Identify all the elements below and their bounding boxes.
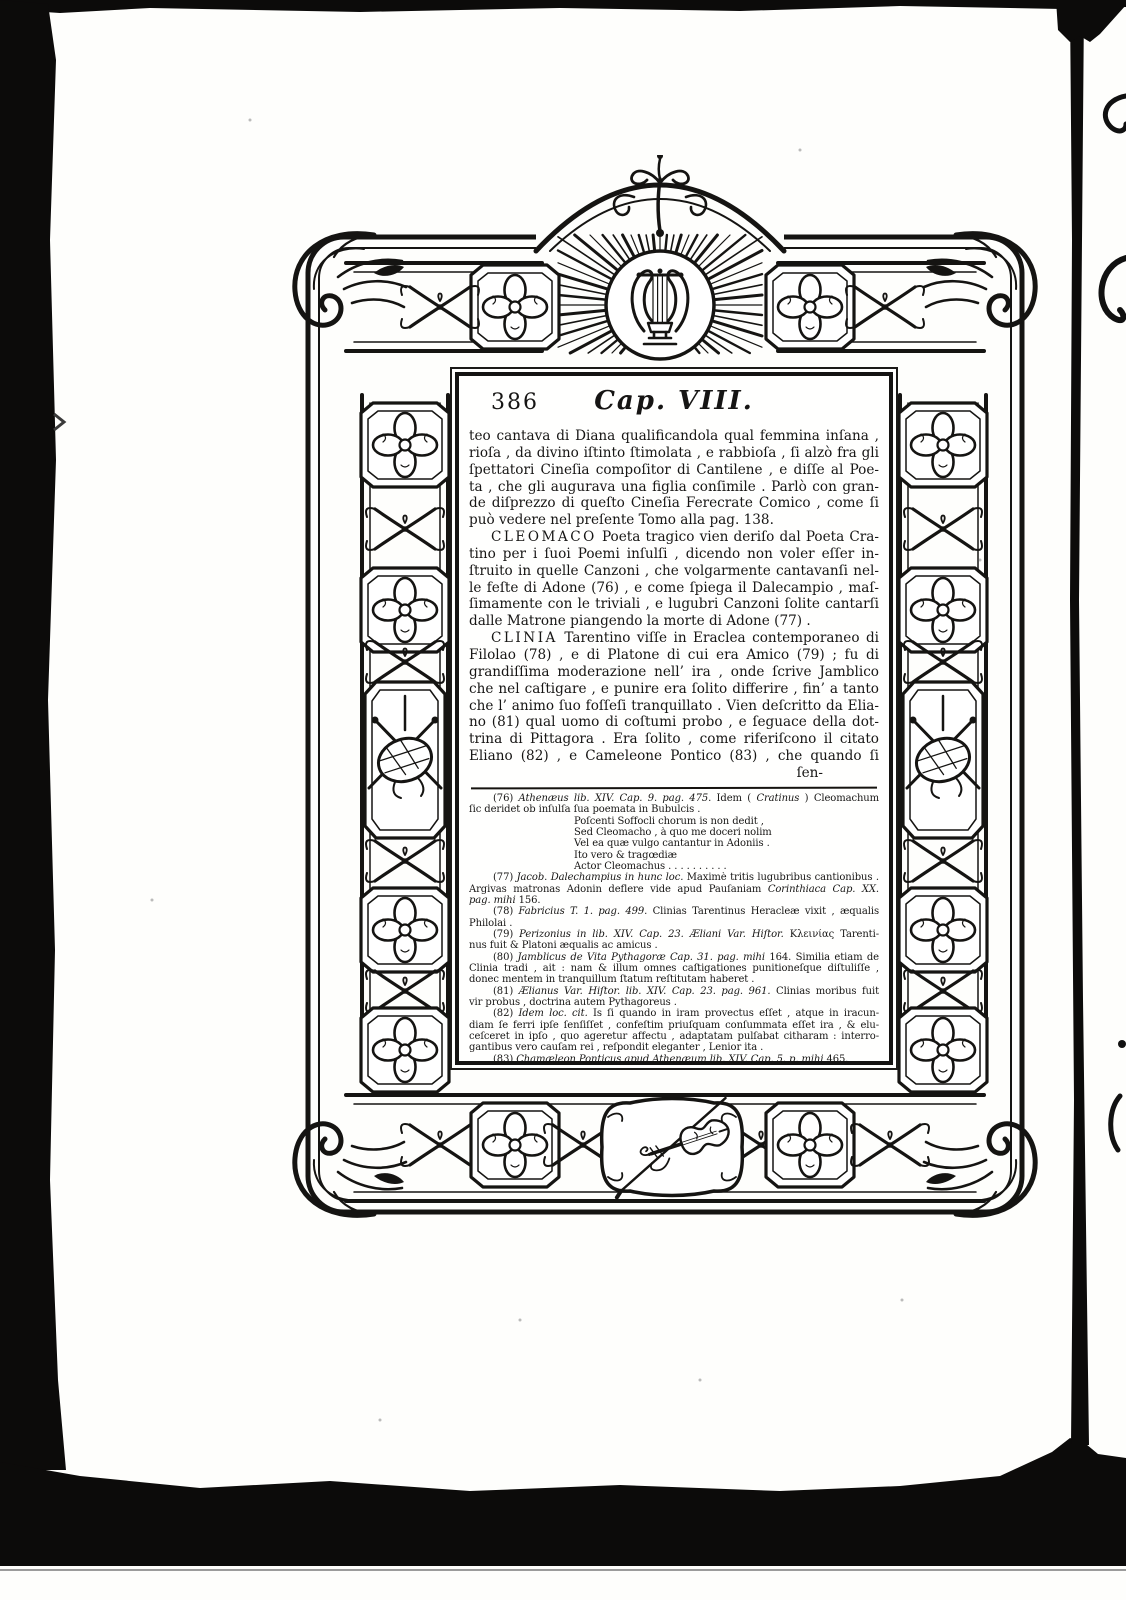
scanner-bed-line	[0, 1569, 1126, 1571]
catchword: ſen-	[797, 765, 823, 781]
text-line: ta , che gli augurava una figlia conſimi…	[469, 479, 879, 496]
text-line: rioſa , da divino iſtinto ſtimolata , e …	[469, 445, 879, 462]
bottom-edge-shadow	[0, 1438, 1126, 1566]
foliage-knot-icon	[904, 970, 982, 1012]
text-line: ſpettatori Cineſia compoſitor di Cantile…	[469, 462, 879, 479]
foliage-knot-icon	[366, 840, 444, 882]
text-block: 386 Cap. VIII. teo cantava di Diana qual…	[450, 367, 898, 1070]
text-line: grandiſſima moderazione nell’ ira , onde…	[469, 664, 879, 681]
text-line: (76) Athenæus lib. XIV. Cap. 9. pag. 475…	[469, 793, 879, 804]
margin-mark	[54, 414, 64, 430]
text-line: Eliano (82) , e Cameleone Pontico (83) ,…	[469, 748, 879, 765]
left-edge-shadow	[0, 0, 66, 1470]
text-line: ſimamente con le triviali , e lugubri Ca…	[469, 596, 879, 613]
foliage-knot-icon	[366, 508, 444, 550]
top-right-corner-shadow	[1056, 0, 1126, 42]
foliage-knot-icon	[904, 508, 982, 550]
text-line: (83) Chamæleon Ponticus apud Athenæum li…	[469, 1054, 879, 1065]
page-header: 386 Cap. VIII.	[469, 382, 879, 428]
text-line: no (81) qual uomo di coſtumi probo , e ſ…	[469, 714, 879, 731]
text-line: Ito vero & tragœdiæ	[469, 850, 879, 861]
text-line: Argivas matronas Adonin deflere vide apu…	[469, 884, 879, 895]
text-line: può vedere nel preſente Tomo alla pag. 1…	[469, 512, 879, 529]
foliage-knot-icon	[904, 840, 982, 882]
foliage-knot-icon	[401, 1124, 479, 1166]
text-line: donec mentem in tranquillum ſtatum reſti…	[469, 974, 879, 985]
text-line: Actor Cleomachus . . . . . . . . . .	[469, 861, 879, 872]
book-gutter	[1070, 6, 1089, 1445]
facing-page-fragments	[1102, 96, 1126, 1150]
text-line: le feſte di Adone (76) , e come ſpiega i…	[469, 580, 879, 597]
acanthus-crest-icon	[614, 155, 706, 237]
text-line: Philolai .	[469, 918, 879, 929]
violin-icon	[598, 1098, 744, 1197]
text-line: che nel caſtigare , e punire era ſolito …	[469, 681, 879, 698]
text-line: Poſcenti Soffocli chorum is non dedit ,	[469, 816, 879, 827]
text-line: ſtruito in quelle Canzoni , che volgarme…	[469, 563, 879, 580]
text-line: Sed Cleomacho , à quo me doceri nolim	[469, 827, 879, 838]
text-line: trina di Pittagora . Era ſolito , come r…	[469, 731, 879, 748]
text-line: (81) Ælianus Var. Hiſtor. lib. XIV. Cap.…	[469, 986, 879, 997]
text-line: (77) Jacob. Dalechampius in hunc loc. Ma…	[469, 872, 879, 883]
footnotes: (76) Athenæus lib. XIV. Cap. 9. pag. 475…	[469, 793, 879, 1065]
text-line: gantibus vero cauſam rei , reſpondit ele…	[469, 1042, 879, 1053]
text-line: Filolao (78) , e di Platone di cui era A…	[469, 647, 879, 664]
text-line: vir probus , doctrina autem Pythagoreus …	[469, 997, 879, 1008]
foliage-knot-icon	[366, 970, 444, 1012]
text-line: CLEOMACO Poeta tragico vien deriſo dal P…	[469, 529, 879, 546]
text-line: CLINIA Tarentino viſſe in Eraclea contem…	[469, 630, 879, 647]
text-line: diam ſe ferri ipſe ſenſiſſet , confeſtim…	[469, 1020, 879, 1031]
text-line: (79) Perizonius in lib. XIV. Cap. 23. Æl…	[469, 929, 879, 940]
text-line: Clinia tradi , ait : nam & illum omnes c…	[469, 963, 879, 974]
scanned-book-page: 386 Cap. VIII. teo cantava di Diana qual…	[0, 0, 1126, 1600]
foliage-knot-icon	[851, 1124, 929, 1166]
text-line: dalle Matrone piangendo la morte di Adon…	[469, 613, 879, 630]
foliage-knot-icon	[846, 286, 924, 328]
text-line: nus fuit & Platoni æqualis ac amicus .	[469, 940, 879, 951]
text-line: teo cantava di Diana qualificandola qual…	[469, 428, 879, 445]
text-line: (82) Idem loc. cit. Is ſi quando in iram…	[469, 1008, 879, 1019]
main-text: teo cantava di Diana qualificandola qual…	[469, 428, 879, 765]
text-line: (80) Jamblicus de Vita Pythagoræ Cap. 31…	[469, 952, 879, 963]
text-line: ſic deridet ob inſulſa ſua poemata in Bu…	[469, 804, 879, 815]
catchword-row: ſen-	[469, 765, 879, 782]
text-block-inner-border: 386 Cap. VIII. teo cantava di Diana qual…	[455, 372, 893, 1065]
text-line: ceſceret in ipſo , quo ageretur affectu …	[469, 1031, 879, 1042]
text-line: (78) Fabricius T. 1. pag. 499. Clinias T…	[469, 906, 879, 917]
footnote-separator	[471, 786, 877, 789]
text-line: Vel ea quæ vulgo cantantur in Adoniis .	[469, 838, 879, 849]
foliage-knot-icon	[401, 286, 479, 328]
lyre-icon	[606, 251, 714, 359]
top-edge-shadow	[0, 0, 1126, 13]
text-line: de diſprezzo di queſto Cineſia Ferecrate…	[469, 495, 879, 512]
chapter-heading: Cap. VIII.	[469, 386, 879, 416]
text-line: pag. mihi 156.	[469, 895, 879, 906]
text-line: tino per i ſuoi Poemi inſulſi , dicendo …	[469, 546, 879, 563]
text-line: che l’ animo ſuo foſſeſi tranquillato . …	[469, 698, 879, 715]
